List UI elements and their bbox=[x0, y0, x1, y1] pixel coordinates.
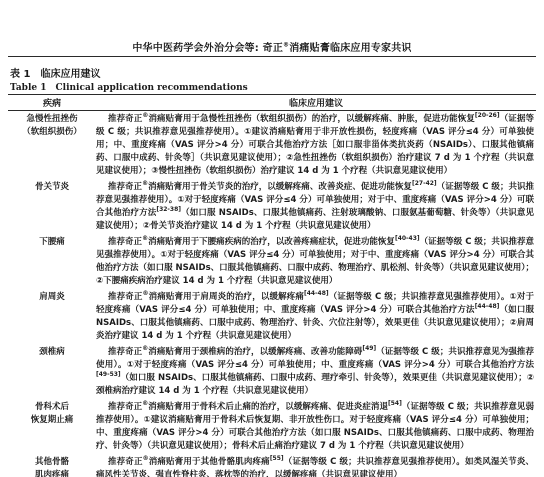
disease-cell: 肩周炎 bbox=[8, 289, 96, 304]
table-row: 骨关节炎 推荐奇正®消痛贴膏用于骨关节炎的治疗，以缓解疼痛、改善炎症、促进功能恢… bbox=[8, 179, 536, 234]
disease-cell: 骨科术后 恢复期止痛 bbox=[8, 399, 96, 427]
paper-page: 中华中医药学会外治分会等: 奇正®消痛贴膏临床应用专家共识 表 1 临床应用建议… bbox=[0, 0, 544, 477]
table-row: 颈椎病 推荐奇正®消痛贴膏用于颈椎病的治疗，以缓解疼痛、改善功能障碍[49]（证… bbox=[8, 344, 536, 399]
table-row: 骨科术后 恢复期止痛 推荐奇正®消痛贴膏用于骨科术后止痛的治疗，以缓解疼痛、促进… bbox=[8, 399, 536, 454]
table-caption-zh: 表 1 临床应用建议 bbox=[10, 65, 100, 80]
column-header-disease: 疾病 bbox=[8, 96, 96, 109]
table-row: 其他骨骼 肌肉疼痛 推荐奇正®消痛贴膏用于其他骨骼肌肉疼痛[55]（证据等级 C… bbox=[8, 454, 536, 477]
header-rule bbox=[8, 56, 536, 57]
recommendation-cell: 推荐奇正®消痛贴膏用于骨关节炎的治疗，以缓解疼痛、改善炎症、促进功能恢复[27-… bbox=[96, 179, 536, 234]
table-row: 下腰痛 推荐奇正®消痛贴膏用于下腰痛疾病的治疗，以改善疼痛症状，促进功能恢复[4… bbox=[8, 234, 536, 289]
recommendation-cell: 推荐奇正®消痛贴膏用于下腰痛疾病的治疗，以改善疼痛症状，促进功能恢复[40-43… bbox=[96, 234, 536, 289]
journal-running-header: 中华中医药学会外治分会等: 奇正®消痛贴膏临床应用专家共识 bbox=[0, 39, 544, 54]
recommendation-cell: 推荐奇正®消痛贴膏用于骨科术后止痛的治疗，以缓解疼痛、促进炎症消退[54]（证据… bbox=[96, 399, 536, 454]
column-header-recommendation: 临床应用建议 bbox=[96, 96, 536, 109]
table-row: 急慢性扭挫伤 （软组织损伤） 推荐奇正®消痛贴膏用于急慢性扭挫伤（软组织损伤）的… bbox=[8, 111, 536, 179]
table-caption-en: Table 1 Clinical application recommendat… bbox=[10, 80, 248, 93]
table-header-row: 疾病 临床应用建议 bbox=[8, 95, 536, 111]
disease-cell: 骨关节炎 bbox=[8, 179, 96, 194]
clinical-recommendations-table: 疾病 临床应用建议 急慢性扭挫伤 （软组织损伤） 推荐奇正®消痛贴膏用于急慢性扭… bbox=[8, 94, 536, 477]
table-row: 肩周炎 推荐奇正®消痛贴膏用于肩周炎的治疗，以缓解疼痛[44-48]（证据等级 … bbox=[8, 289, 536, 344]
recommendation-cell: 推荐奇正®消痛贴膏用于颈椎病的治疗，以缓解疼痛、改善功能障碍[49]（证据等级 … bbox=[96, 344, 536, 399]
disease-cell: 急慢性扭挫伤 （软组织损伤） bbox=[8, 111, 96, 139]
recommendation-cell: 推荐奇正®消痛贴膏用于急慢性扭挫伤（软组织损伤）的治疗，以缓解疼痛、肿胀，促进功… bbox=[96, 111, 536, 179]
disease-cell: 其他骨骼 肌肉疼痛 bbox=[8, 454, 96, 477]
disease-cell: 颈椎病 bbox=[8, 344, 96, 359]
recommendation-cell: 推荐奇正®消痛贴膏用于其他骨骼肌肉疼痛[55]（证据等级 C 级；共识推荐意见强… bbox=[96, 454, 536, 477]
recommendation-cell: 推荐奇正®消痛贴膏用于肩周炎的治疗，以缓解疼痛[44-48]（证据等级 C 级；… bbox=[96, 289, 536, 344]
disease-cell: 下腰痛 bbox=[8, 234, 96, 249]
